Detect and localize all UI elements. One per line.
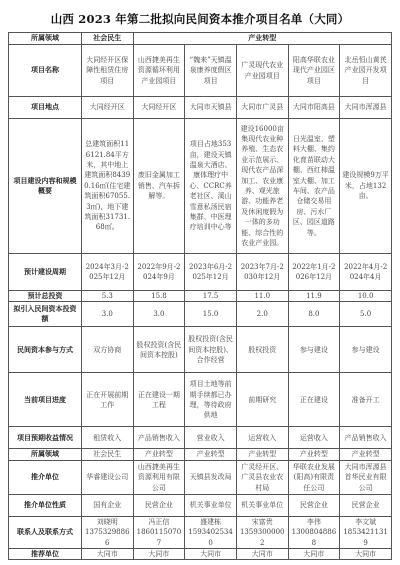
row-name: 项目名称 大同经开区保障性租赁住房项目 山西捷美再生资源循环利用产业园项目 “魏…: [9, 45, 392, 97]
header-row: 所属领域 社会民生 产业转型: [9, 33, 392, 45]
row-period: 预计建设周期 2024年3月-2025年12月 2022年9月-2024年9月 …: [9, 254, 392, 291]
cell-promoter: 华睿建设公司: [81, 460, 133, 494]
cell-private-investment: 8.0: [288, 302, 340, 327]
row-label: 联系人及联系方式: [9, 516, 82, 548]
cell-period: 2022年4月-2024年4月: [340, 254, 392, 291]
cell-promoter: 天镇县发改局: [185, 460, 237, 494]
row-label: 项目预期收益情况: [9, 427, 82, 449]
cell-private-investment: 15.0: [185, 302, 237, 327]
cell-location: 大同市天镇县: [185, 97, 237, 119]
cell-participation: 参与建设: [340, 327, 392, 373]
cell-domain: 产业转型: [236, 449, 288, 460]
cell-private-investment: 2.0: [236, 302, 288, 327]
header-label: 所属领域: [9, 33, 82, 45]
cell-location: 大同市浑源县: [340, 97, 392, 119]
contact-phone: 18534211319: [342, 527, 389, 548]
row-total-investment: 预计总投资 5.3 15.8 17.5 11.0 11.9 10.0: [9, 291, 392, 302]
cell-contact: 刘晓明13753298866: [81, 516, 133, 548]
cell-promoter: 山西捷美再生资源利用有限公司: [133, 460, 185, 494]
cell-location: 大同市广灵县: [236, 97, 288, 119]
cell-recommender: 大同市: [185, 549, 237, 560]
contact-phone: 18601150707: [136, 527, 183, 548]
cell-participation: 股权投资(含民间资本控股): [133, 327, 185, 373]
row-label: 拟引入民间资本投资额: [9, 302, 82, 327]
row-label: 预计建设周期: [9, 254, 82, 291]
cell-location: 大同经开区: [81, 97, 133, 119]
cell-scope: 建设规模9万平米，占地132亩。: [340, 119, 392, 254]
cell-domain: 产业转型: [288, 449, 340, 460]
cell-recommender: 大同市: [340, 549, 392, 560]
cell-period: 2022年9月-2024年9月: [133, 254, 185, 291]
row-recommender: 推荐单位 大同市 大同市 大同市 大同市 大同市 大同市: [9, 549, 392, 560]
row-label: 预计总投资: [9, 291, 82, 302]
cell-scope: 总建筑面积116121.84平方米，其中地上建筑面积84390.16㎡(住宅建筑…: [81, 119, 133, 254]
row-label: 民间资本参与方式: [9, 327, 82, 373]
row-progress: 当前项目进度 正在开展前期工作 正在建设一期工程 项目土地等前期手续都已办理，等…: [9, 373, 392, 427]
cell-scope: 项目占地353亩，建设天镇温泉大酒店、康体理疗中心、CCRC养老社区、溪山雪意私…: [185, 119, 237, 254]
cell-name: 北岳恒山黄芪产业园开发项目: [340, 45, 392, 97]
cell-progress: 正在开展前期工作: [81, 373, 133, 427]
cell-progress: 准备开工: [340, 373, 392, 427]
cell-period: 2022年1月-2026年12月: [288, 254, 340, 291]
cell-scope: 建设16000亩集现代农业种养殖、生态农业示范展示、现代农产品深加工、农业康养、…: [236, 119, 288, 254]
cell-participation: 双方协商: [81, 327, 133, 373]
contact-name: 李伟: [291, 517, 338, 527]
cell-participation: 股权投资: [236, 327, 288, 373]
cell-recommender: 大同市: [133, 549, 185, 560]
cell-revenue: 运营收入: [236, 427, 288, 449]
row-label: 当前项目进度: [9, 373, 82, 427]
cell-name: 大同经开区保障性租赁住房项目: [81, 45, 133, 97]
cell-recommender: 大同市: [288, 549, 340, 560]
header-group-industry: 产业转型: [133, 33, 391, 45]
cell-revenue: 租赁收入: [81, 427, 133, 449]
cell-participation: 参与建设: [288, 327, 340, 373]
cell-promoter: 华联农业发展(阳高)有限责任公司: [288, 460, 340, 494]
contact-phone: 13008048868: [291, 527, 338, 548]
cell-contact: 盛建栋15934025340: [185, 516, 237, 548]
cell-promoter-type: 机关事业单位: [185, 494, 237, 516]
cell-contact: 冯正信18601150707: [133, 516, 185, 548]
cell-progress: 正在建设: [288, 373, 340, 427]
row-label: 所属领域: [9, 449, 82, 460]
row-revenue: 项目预期收益情况 租赁收入 产品销售收入 营业收入 运营收入 运营收入 产品销售…: [9, 427, 392, 449]
row-location: 项目地点 大同经开区 大同经开区 大同市天镇县 大同市广灵县 大同市阳高县 大同…: [9, 97, 392, 119]
row-participation: 民间资本参与方式 双方协商 股权投资(含民间资本控股) 股权投资(含民间资本控股…: [9, 327, 392, 373]
document-title: 山西 2023 年第二批拟向民间资本推介项目名单（大同）: [0, 11, 400, 27]
cell-participation: 股权投资(含民间资本控股)、合作经营: [185, 327, 237, 373]
cell-location: 大同市阳高县: [288, 97, 340, 119]
cell-progress: 前期研究: [236, 373, 288, 427]
cell-promoter-type: 民营企业: [288, 494, 340, 516]
row-contact: 联系人及联系方式 刘晓明13753298866 冯正信18601150707 盛…: [9, 516, 392, 548]
cell-period: 2023年7月-2030年12月: [236, 254, 288, 291]
header-group-social: 社会民生: [81, 33, 133, 45]
cell-promoter-type: 机关事业单位: [236, 494, 288, 516]
row-label: 推介单位: [9, 460, 82, 494]
cell-location: 大同经开区: [133, 97, 185, 119]
cell-total-investment: 5.3: [81, 291, 133, 302]
cell-progress: 项目土地等前期手续都已办理，等待政府供地: [185, 373, 237, 427]
cell-progress: 正在建设一期工程: [133, 373, 185, 427]
row-label: 项目建设内容和规模概要: [9, 119, 82, 254]
cell-domain: 社会民生: [81, 449, 133, 460]
cell-name: 广灵现代农业产业园项目: [236, 45, 288, 97]
row-label: 推介单位性质: [9, 494, 82, 516]
row-private-investment: 拟引入民间资本投资额 3.0 3.0 15.0 2.0 8.0 5.0: [9, 302, 392, 327]
cell-private-investment: 3.0: [81, 302, 133, 327]
cell-name: 阳高华联农业现代产业园区项目: [288, 45, 340, 97]
contact-phone: 13593000002: [239, 527, 286, 548]
row-promoter-type: 推介单位性质 国有企业 民营企业 机关事业单位 机关事业单位 民营企业 民营企业: [9, 494, 392, 516]
cell-promoter-type: 民营企业: [340, 494, 392, 516]
cell-total-investment: 10.0: [340, 291, 392, 302]
contact-name: 李文斌: [342, 517, 389, 527]
cell-recommender: 大同市: [236, 549, 288, 560]
cell-contact: 李文斌18534211319: [340, 516, 392, 548]
cell-promoter-type: 国有企业: [81, 494, 133, 516]
cell-promoter-type: 民营企业: [133, 494, 185, 516]
row-label: 项目名称: [9, 45, 82, 97]
row-domain: 所属领域 社会民生 产业转型 产业转型 产业转型 产业转型 产业转型: [9, 449, 392, 460]
project-table: 所属领域 社会民生 产业转型 项目名称 大同经开区保障性租赁住房项目 山西捷美再…: [8, 32, 392, 560]
cell-scope: 废旧金属加工销售、汽车拆解等。: [133, 119, 185, 254]
cell-total-investment: 15.8: [133, 291, 185, 302]
cell-revenue: 产品销售收入: [340, 427, 392, 449]
cell-domain: 产业转型: [340, 449, 392, 460]
cell-scope: 日光温室、塑料大棚、集约化育苗联动大棚、西红柿温室大棚、加工车间、农产品仓储交易…: [288, 119, 340, 254]
contact-phone: 13753298866: [84, 527, 131, 548]
cell-name: “魏来”天镇温泉康养度假区项目: [185, 45, 237, 97]
cell-private-investment: 5.0: [340, 302, 392, 327]
cell-promoter: 大同市浑源县首华民业有限公司: [340, 460, 392, 494]
cell-total-investment: 17.5: [185, 291, 237, 302]
cell-recommender: 大同市: [81, 549, 133, 560]
cell-period: 2023年6月-2025年12月: [185, 254, 237, 291]
cell-revenue: 营业收入: [185, 427, 237, 449]
contact-name: 宋富贵: [239, 517, 286, 527]
cell-name: 山西捷美再生资源循环利用产业园项目: [133, 45, 185, 97]
row-promoter: 推介单位 华睿建设公司 山西捷美再生资源利用有限公司 天镇县发改局 广灵经开区、…: [9, 460, 392, 494]
cell-private-investment: 3.0: [133, 302, 185, 327]
cell-domain: 产业转型: [133, 449, 185, 460]
contact-name: 冯正信: [136, 517, 183, 527]
cell-period: 2024年3月-2025年12月: [81, 254, 133, 291]
row-scope: 项目建设内容和规模概要 总建筑面积116121.84平方米，其中地上建筑面积84…: [9, 119, 392, 254]
cell-revenue: 运营收入: [288, 427, 340, 449]
cell-contact: 宋富贵13593000002: [236, 516, 288, 548]
cell-total-investment: 11.0: [236, 291, 288, 302]
cell-total-investment: 11.9: [288, 291, 340, 302]
cell-domain: 产业转型: [185, 449, 237, 460]
contact-name: 刘晓明: [84, 517, 131, 527]
row-label: 推荐单位: [9, 549, 82, 560]
cell-revenue: 产品销售收入: [133, 427, 185, 449]
cell-contact: 李伟13008048868: [288, 516, 340, 548]
contact-name: 盛建栋: [187, 517, 234, 527]
contact-phone: 15934025340: [187, 527, 234, 548]
cell-promoter: 广灵经开区、广灵县农业农村局: [236, 460, 288, 494]
row-label: 项目地点: [9, 97, 82, 119]
